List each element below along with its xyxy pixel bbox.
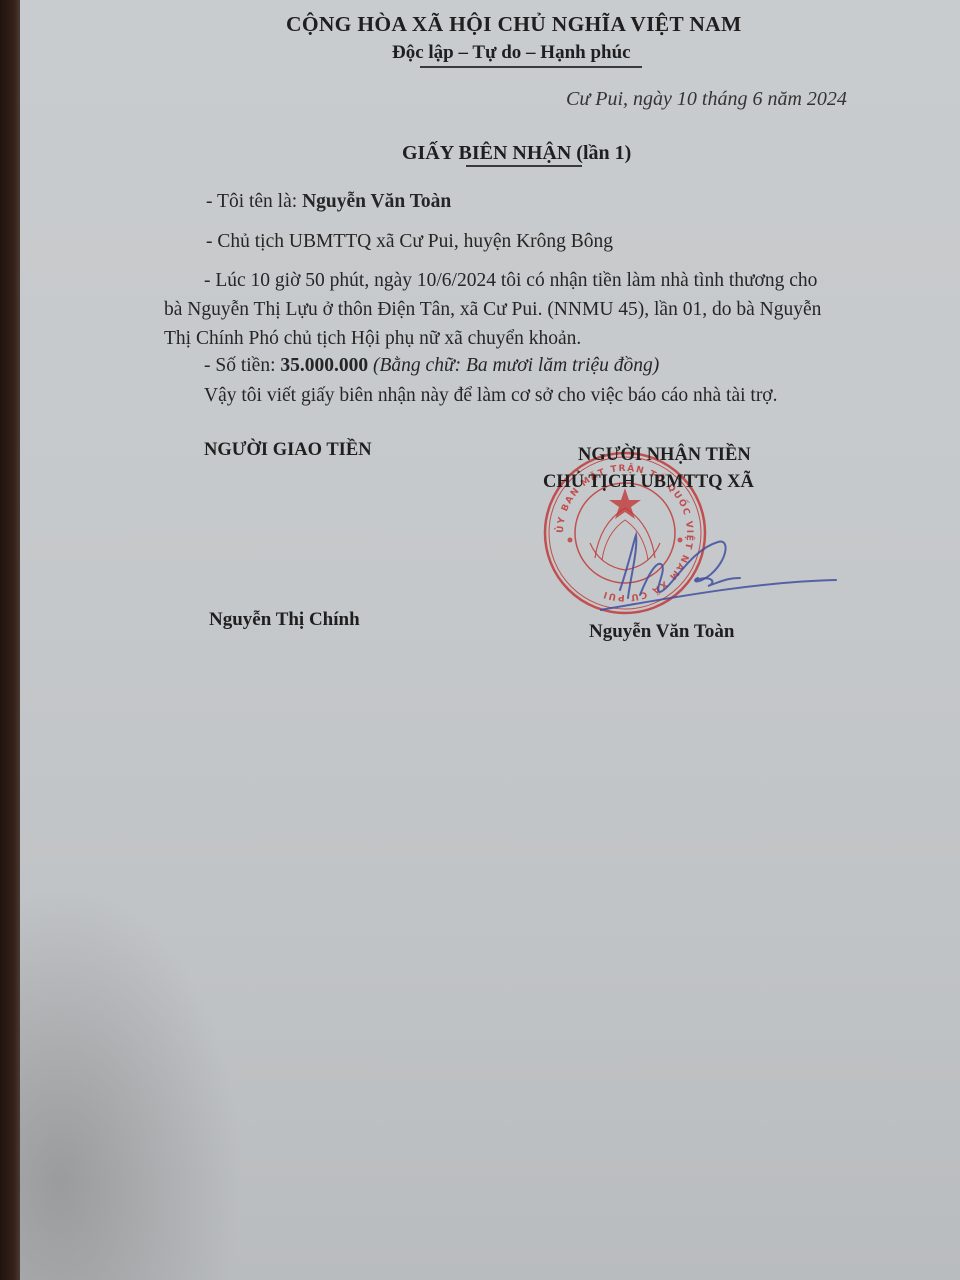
amount-label: Số tiền: <box>215 355 280 376</box>
national-name: CỘNG HÒA XÃ HỘI CHỦ NGHĨA VIỆT NAM <box>286 12 742 37</box>
paragraph-line: Thị Chính Phó chủ tịch Hội phụ nữ xã chu… <box>164 328 581 350</box>
paragraph-line: bà Nguyễn Thị Lựu ở thôn Điện Tân, xã Cư… <box>164 299 821 321</box>
title-suffix: (lần 1) <box>571 142 631 164</box>
position-text: Chủ tịch UBMTTQ xã Cư Pui, huyện Krông B… <box>217 231 613 252</box>
receiver-name-inline: Nguyễn Văn Toàn <box>302 191 451 212</box>
name-line: - Tôi tên là: Nguyễn Văn Toàn <box>206 191 451 213</box>
table-edge <box>0 0 20 1280</box>
bullet: - <box>204 355 215 376</box>
document-title: GIẤY BIÊN NHẬN (lần 1) <box>402 142 631 165</box>
receipt-document <box>20 0 960 1280</box>
position-line: - Chủ tịch UBMTTQ xã Cư Pui, huyện Krông… <box>206 231 613 253</box>
giver-name: Nguyễn Thị Chính <box>209 609 360 631</box>
receiver-heading: NGƯỜI NHẬN TIỀN <box>578 445 751 466</box>
national-motto: Độc lập – Tự do – Hạnh phúc <box>392 42 631 64</box>
receiver-role: CHỦ TỊCH UBMTTQ XÃ <box>543 472 754 493</box>
title-underline <box>466 165 582 167</box>
name-label: Tôi tên là: <box>217 191 302 212</box>
title-main: BIÊN NHẬN <box>458 142 571 164</box>
bullet: - <box>206 231 217 252</box>
amount-value: 35.000.000 <box>280 355 368 376</box>
paragraph-line: - Lúc 10 giờ 50 phút, ngày 10/6/2024 tôi… <box>204 270 817 292</box>
giver-heading: NGƯỜI GIAO TIỀN <box>204 440 372 461</box>
bullet: - <box>206 191 217 212</box>
amount-line: - Số tiền: 35.000.000 (Bằng chữ: Ba mươi… <box>204 355 659 377</box>
place-date: Cư Pui, ngày 10 tháng 6 năm 2024 <box>566 88 847 111</box>
receiver-name: Nguyễn Văn Toàn <box>589 621 734 643</box>
motto-underline <box>420 66 642 68</box>
title-prefix: GIẤY <box>402 142 458 164</box>
amount-in-words: (Bằng chữ: Ba mươi lăm triệu đồng) <box>368 355 659 376</box>
closing-line: Vậy tôi viết giấy biên nhận này để làm c… <box>204 385 778 407</box>
